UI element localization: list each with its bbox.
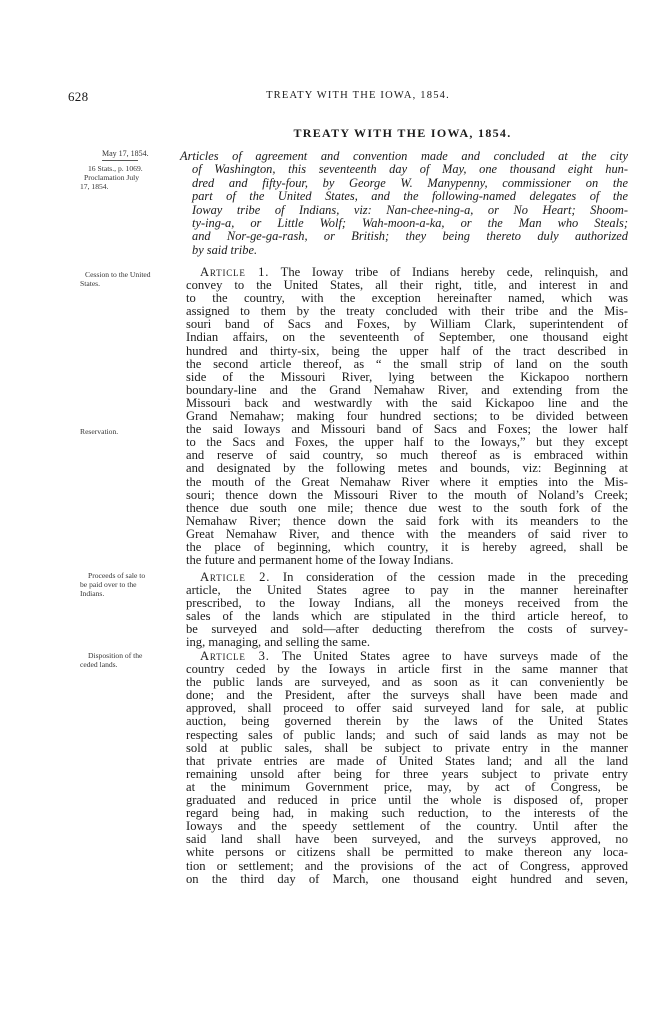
article-2: Article 2. In consideration of the cessi… (186, 571, 628, 650)
article-line: that private entries are made of United … (186, 755, 628, 768)
preamble-line: of Washington, this seventeenth day of M… (180, 163, 628, 176)
margin-note-line: Reservation. (80, 427, 180, 436)
margin-note-proceeds: Proceeds of sale to be paid over to the … (80, 571, 180, 598)
article-label: Article 2. (200, 570, 270, 584)
preamble: Articles of agreement and convention mad… (180, 150, 628, 257)
margin-note-line: States. (80, 279, 180, 288)
preamble-line: Articles of agreement and convention mad… (180, 150, 628, 163)
margin-note-reservation: Reservation. (80, 427, 180, 436)
document-page: 628 TREATY WITH THE IOWA, 1854. TREATY W… (0, 0, 665, 1024)
article-text: The Ioway tribe of Indians hereby cede, … (269, 265, 628, 279)
article-line: tion or settlement; and the provisions o… (186, 860, 628, 873)
margin-note-line: ceded lands. (80, 660, 180, 669)
article-line: white persons or citizens shall be permi… (186, 846, 628, 859)
citation-line-1: 16 Stats., p. 1069. (80, 164, 180, 173)
divider-rule (102, 160, 138, 161)
preamble-line: ty-ing-a, or Little Wolf; Wah-moon-a-ka,… (180, 217, 628, 230)
date-note: May 17, 1854. (80, 149, 180, 158)
preamble-line: dred and fifty-four, by George W. Manype… (180, 177, 628, 190)
article-line: boundary-line and the Grand Nemahaw Rive… (186, 384, 628, 397)
article-3: Article 3. The United States agree to ha… (186, 650, 628, 886)
running-header: 628 TREATY WITH THE IOWA, 1854. (68, 89, 628, 105)
margin-note-line: Proceeds of sale to (80, 571, 180, 580)
article-line: Indian affairs, on the seventeenth of Se… (186, 331, 628, 344)
running-title: TREATY WITH THE IOWA, 1854. (68, 90, 628, 101)
article-line: hundred and thirty-six, being the upper … (186, 345, 628, 358)
preamble-line: Ioway tribe of Indians, viz: Nan-chee-ni… (180, 204, 628, 217)
article-line: side of the Missouri River, lying betwee… (186, 371, 628, 384)
article-line: Nemahaw River; thence down the said fork… (186, 515, 628, 528)
article-line: the second article thereof, as “ the sma… (186, 358, 628, 371)
article-line: and designated by the following metes an… (186, 462, 628, 475)
article-line: respecting sales of public lands; and su… (186, 729, 628, 742)
preamble-line: by said tribe. (180, 244, 628, 257)
article-line: on the third day of March, one thousand … (186, 873, 628, 886)
article-1: Article 1. The Ioway tribe of Indians he… (186, 266, 628, 567)
citation-line-2: Proclamation July (80, 173, 180, 182)
margin-note-line: Indians. (80, 589, 180, 598)
preamble-line: and Nor-ge-ga-rash, or British; they bei… (180, 230, 628, 243)
article-text: In consideration of the cession made in … (270, 570, 628, 584)
margin-note-cession: Cession to the United States. (80, 270, 180, 288)
margin-note-line: be paid over to the (80, 580, 180, 589)
margin-note-disposition: Disposition of the ceded lands. (80, 651, 180, 669)
article-line: remaining unsold after being for three y… (186, 768, 628, 781)
article-label: Article 3. (200, 649, 270, 663)
article-line: auction, being governed therein by the l… (186, 715, 628, 728)
article-line: the future and permanent home of the Iow… (186, 554, 628, 567)
margin-note-line: Cession to the United (80, 270, 180, 279)
margin-note-line: Disposition of the (80, 651, 180, 660)
article-line: the mouth of the Great Nemahaw River whe… (186, 476, 628, 489)
treaty-title: TREATY WITH THE IOWA, 1854. (180, 126, 625, 141)
article-line: thence due south one mile; thence due we… (186, 502, 628, 515)
margin-note-date: May 17, 1854. 16 Stats., p. 1069. Procla… (80, 149, 180, 191)
article-line: sold at public sales, shall be subject t… (186, 742, 628, 755)
article-text: The United States agree to have surveys … (270, 649, 628, 663)
citation-line-3: 17, 1854. (80, 182, 180, 191)
article-line: Great Nemahaw River, and thence with the… (186, 528, 628, 541)
article-label: Article 1. (200, 265, 269, 279)
article-line: souri; thence down the Missouri River to… (186, 489, 628, 502)
preamble-line: part of the United States, and the follo… (180, 190, 628, 203)
article-line: ing, managing, and selling the same. (186, 636, 628, 649)
